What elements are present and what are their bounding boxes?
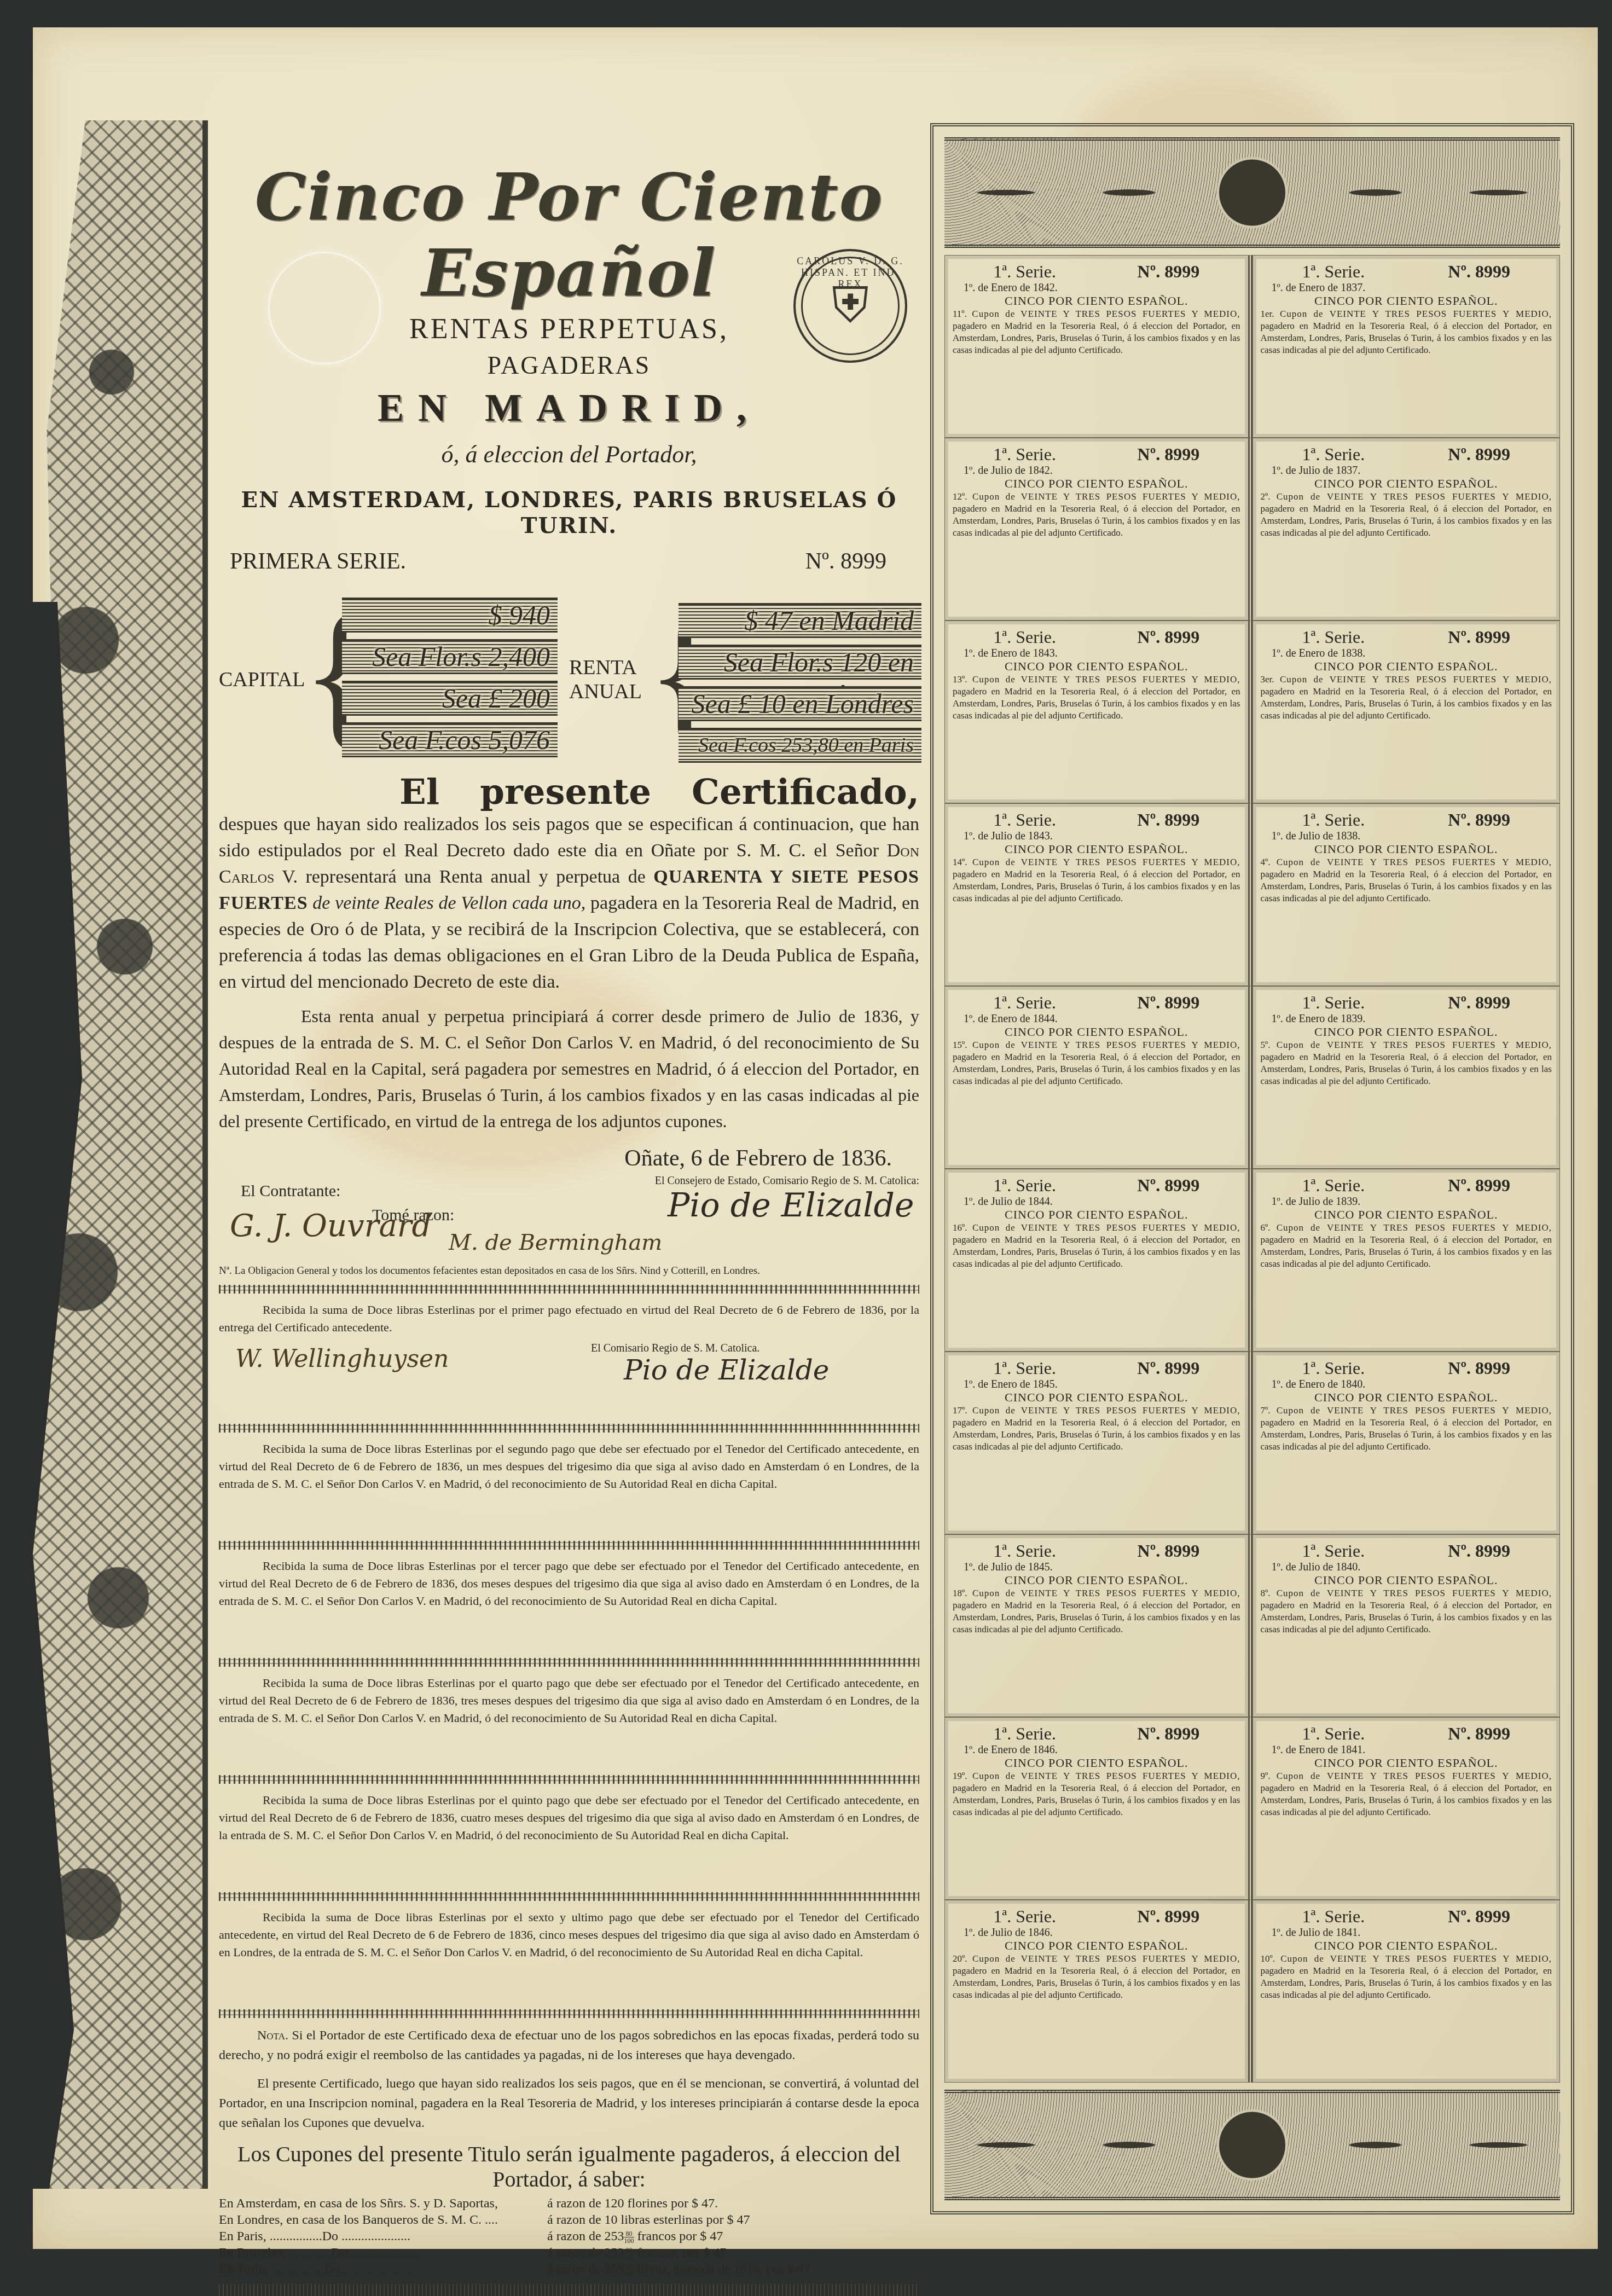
coupon-header: 1ª. Serie.Nº. 8999 (1261, 1540, 1552, 1561)
coupon-number: Nº. 8999 (1138, 992, 1200, 1013)
coupon-amount: Cupon de VEINTE Y TRES PESOS FUERTES Y M… (972, 309, 1240, 319)
coupon-amount: Cupon de VEINTE Y TRES PESOS FUERTES Y M… (972, 857, 1240, 867)
coupon-serie: 1ª. Serie. (993, 1540, 1056, 1561)
cupones-heading-line: Portador, á saber: (219, 2167, 919, 2192)
coupon-number: Nº. 8999 (1138, 1723, 1200, 1744)
para-text: representará una Renta anual y perpetua … (298, 867, 653, 887)
payment-places-list: En Amsterdam, en casa de los Sñrs. S. y … (219, 2195, 919, 2277)
coupon-3: 1ª. Serie.Nº. 89991º. de Julio de 1842.C… (944, 438, 1253, 621)
coupon-header: 1ª. Serie.Nº. 8999 (953, 992, 1240, 1013)
coupon-date: 1º. de Julio de 1840. (1261, 1561, 1552, 1573)
coupon-terms: pagadero en Madrid en la Tesoreria Real,… (953, 686, 1240, 721)
coupon-date: 1º. de Enero de 1839. (1261, 1013, 1552, 1025)
coupon-amount: Cupon de VEINTE Y TRES PESOS FUERTES Y M… (972, 674, 1240, 685)
receipt-fourth-payment: Recibida la suma de Doce libras Esterlin… (219, 1674, 919, 1767)
coupon-body: 9º. Cupon de VEINTE Y TRES PESOS FUERTES… (1261, 1770, 1552, 1818)
receipt-text: Recibida la suma de Doce libras Esterlin… (219, 1909, 919, 1961)
rate-fraction: 80100 (624, 2247, 634, 2260)
coupon-serie: 1ª. Serie. (1302, 1906, 1365, 1927)
coupon-amount: Cupon de VEINTE Y TRES PESOS FUERTES Y M… (1277, 1771, 1552, 1781)
coupon-body: 5º. Cupon de VEINTE Y TRES PESOS FUERTES… (1261, 1039, 1552, 1087)
coupon-grid: 1ª. Serie.Nº. 89991º. de Enero de 1842.C… (944, 255, 1560, 2083)
coupon-amount: Cupon de VEINTE Y TRES PESOS FUERTES Y M… (1280, 1953, 1552, 1964)
coupon-amount: Cupon de VEINTE Y TRES PESOS FUERTES Y M… (1277, 1222, 1552, 1233)
coupon-number: Nº. 8999 (1138, 1358, 1200, 1378)
coupon-ordinal: 9º. (1261, 1771, 1271, 1781)
coupon-header: 1ª. Serie.Nº. 8999 (953, 1906, 1240, 1927)
coupon-ordinal: 20º. (953, 1953, 967, 1964)
coupon-serie: 1ª. Serie. (1302, 1723, 1365, 1744)
coupon-body: 16º. Cupon de VEINTE Y TRES PESOS FUERTE… (953, 1222, 1240, 1270)
coupon-20: 1ª. Serie.Nº. 89991º. de Julio de 1841.C… (1253, 1900, 1561, 2083)
coupon-8: 1ª. Serie.Nº. 89991º. de Julio de 1838.C… (1253, 803, 1561, 986)
renta-value: $ 47 en Madrid (679, 603, 921, 638)
coupon-date: 1º. de Julio de 1845. (953, 1561, 1240, 1573)
serie-label: PRIMERA SERIE. (230, 548, 406, 575)
renta-value: Sea Flor.s 120 en Amst.m (679, 645, 921, 680)
coupon-title: CINCO POR CIENTO ESPAÑOL. (1261, 478, 1552, 490)
capital-value: Sea F.cos 5,076 (342, 722, 558, 757)
coupon-14: 1ª. Serie.Nº. 89991º. de Enero de 1840.C… (1253, 1352, 1561, 1534)
coupon-terms: pagadero en Madrid en la Tesoreria Real,… (953, 1600, 1240, 1634)
coupon-date: 1º. de Enero de 1841. (1261, 1744, 1552, 1756)
payment-place: En Turin, ................Do............… (219, 2261, 547, 2277)
coupon-body: 14º. Cupon de VEINTE Y TRES PESOS FUERTE… (953, 856, 1240, 905)
ornament-divider (219, 1424, 919, 1433)
coupon-ordinal: 17º. (953, 1405, 967, 1416)
coupon-amount: Cupon de VEINTE Y TRES PESOS FUERTES Y M… (1277, 857, 1552, 867)
coupon-amount: Cupon de VEINTE Y TRES PESOS FUERTES Y M… (972, 1771, 1240, 1781)
coupon-header: 1ª. Serie.Nº. 8999 (1261, 1906, 1552, 1927)
coupon-title: CINCO POR CIENTO ESPAÑOL. (953, 1391, 1240, 1404)
coupon-ordinal: 11º. (953, 309, 967, 319)
coupon-title: CINCO POR CIENTO ESPAÑOL. (953, 1026, 1240, 1038)
coupon-body: 12º. Cupon de VEINTE Y TRES PESOS FUERTE… (953, 491, 1240, 539)
coupon-header: 1ª. Serie.Nº. 8999 (1261, 261, 1552, 282)
rate-text: á razon de 253 (547, 2229, 624, 2243)
coupon-header: 1ª. Serie.Nº. 8999 (953, 627, 1240, 647)
coupon-serie: 1ª. Serie. (1302, 1540, 1365, 1561)
cities-line: EN AMSTERDAM, LONDRES, PARIS BRUSELAS Ó … (219, 487, 919, 538)
signature-comisario-2: Pio de Elizalde (624, 1361, 829, 1379)
coupon-ordinal: 4º. (1261, 857, 1271, 867)
capital-value: Sea £ 200 (342, 681, 558, 716)
coupon-date: 1º. de Enero de 1845. (953, 1378, 1240, 1390)
coupon-serie: 1ª. Serie. (1302, 992, 1365, 1013)
nota-section: Nota. Si el Portador de este Certificado… (219, 2026, 919, 2133)
coupon-amount: Cupon de VEINTE Y TRES PESOS FUERTES Y M… (1277, 1588, 1552, 1598)
rate-text: libras, moneda de 1816, por $ 47. (634, 2262, 814, 2276)
payment-place-row: En Paris, ................Do ...........… (219, 2228, 919, 2245)
coupon-number: Nº. 8999 (1138, 1906, 1200, 1927)
top-scroll-ornament-icon (944, 137, 1560, 248)
receipt-second-payment: Recibida la suma de Doce libras Esterlin… (219, 1440, 919, 1533)
coupon-amount: Cupon de VEINTE Y TRES PESOS FUERTES Y M… (1280, 674, 1552, 685)
coupon-title: CINCO POR CIENTO ESPAÑOL. (1261, 1757, 1552, 1769)
coupon-title: CINCO POR CIENTO ESPAÑOL. (1261, 1391, 1552, 1404)
coupon-ordinal: 16º. (953, 1222, 967, 1233)
coupon-ordinal: 7º. (1261, 1405, 1271, 1416)
coupon-serie: 1ª. Serie. (1302, 261, 1365, 282)
capital-value: $ 940 (342, 598, 558, 633)
coupon-date: 1º. de Julio de 1842. (953, 465, 1240, 477)
nota-label: Nota. (257, 2028, 288, 2043)
coupon-header: 1ª. Serie.Nº. 8999 (1261, 627, 1552, 647)
coupon-6: 1ª. Serie.Nº. 89991º. de Enero de 1838.C… (1253, 621, 1561, 803)
coupon-5: 1ª. Serie.Nº. 89991º. de Enero de 1843.C… (944, 621, 1253, 803)
receipt-text: Recibida la suma de Doce libras Esterlin… (219, 1440, 919, 1493)
bottom-scroll-ornament-icon (944, 2090, 1560, 2200)
coupon-header: 1ª. Serie.Nº. 8999 (1261, 992, 1552, 1013)
coupon-amount: Cupon de VEINTE Y TRES PESOS FUERTES Y M… (972, 1040, 1240, 1050)
coupon-13: 1ª. Serie.Nº. 89991º. de Enero de 1845.C… (944, 1352, 1253, 1534)
ornament-divider (219, 1541, 919, 1550)
conversion-text: El presente Certificado, luego que hayan… (219, 2074, 919, 2133)
coupon-number: Nº. 8999 (1138, 444, 1200, 465)
coupon-terms: pagadero en Madrid en la Tesoreria Real,… (1261, 686, 1552, 721)
coupon-4: 1ª. Serie.Nº. 89991º. de Julio de 1837.C… (1253, 438, 1561, 621)
coupon-date: 1º. de Enero de 1837. (1261, 282, 1552, 294)
cupones-heading: Los Cupones del presente Titulo serán ig… (219, 2142, 919, 2192)
serie-row: PRIMERA SERIE. Nº. 8999 (219, 548, 919, 575)
coupon-date: 1º. de Julio de 1844. (953, 1196, 1240, 1208)
coupon-terms: pagadero en Madrid en la Tesoreria Real,… (1261, 1052, 1552, 1086)
coupon-ordinal: 15º. (953, 1040, 967, 1050)
coupon-ordinal: 13º. (953, 674, 967, 685)
coupon-11: 1ª. Serie.Nº. 89991º. de Julio de 1844.C… (944, 1169, 1253, 1352)
coupon-terms: pagadero en Madrid en la Tesoreria Real,… (1261, 503, 1552, 538)
coupon-title: CINCO POR CIENTO ESPAÑOL. (1261, 1209, 1552, 1221)
coupon-number: Nº. 8999 (1448, 1723, 1510, 1744)
signature-area: G. J. Ouvrard M. de Bermingham Pio de El… (219, 1225, 919, 1268)
main-paragraph: El presente Certificado, despues que hay… (219, 779, 919, 995)
coupon-serie: 1ª. Serie. (993, 1723, 1056, 1744)
ornament-divider (219, 1285, 919, 1294)
coupon-body: 13º. Cupon de VEINTE Y TRES PESOS FUERTE… (953, 674, 1240, 722)
payment-rate: á razon de 25380100 francos, por $ 47 (547, 2245, 726, 2261)
rate-fraction: 80100 (624, 2263, 634, 2277)
coupon-ordinal: 5º. (1261, 1040, 1271, 1050)
para-italic: de veinte Reales de Vellon cada uno, (308, 893, 586, 913)
coupon-amount: Cupon de VEINTE Y TRES PESOS FUERTES Y M… (972, 491, 1240, 502)
receipt-sixth-payment: Recibida la suma de Doce libras Esterlin… (219, 1909, 919, 2002)
payment-place-row: En Bruselas, .............Do............… (219, 2245, 919, 2261)
coupon-title: CINCO POR CIENTO ESPAÑOL. (953, 1757, 1240, 1769)
second-paragraph: Esta renta anual y perpetua principiará … (219, 1003, 919, 1134)
coupon-terms: pagadero en Madrid en la Tesoreria Real,… (953, 869, 1240, 903)
coupon-header: 1ª. Serie.Nº. 8999 (953, 444, 1240, 465)
coupon-header: 1ª. Serie.Nº. 8999 (953, 809, 1240, 830)
receipt-fifth-payment: Recibida la suma de Doce libras Esterlin… (219, 1791, 919, 1885)
coupon-16: 1ª. Serie.Nº. 89991º. de Julio de 1840.C… (1253, 1534, 1561, 1717)
coupon-title: CINCO POR CIENTO ESPAÑOL. (1261, 660, 1552, 672)
coupon-19: 1ª. Serie.Nº. 89991º. de Julio de 1846.C… (944, 1900, 1253, 2083)
coupon-amount: Cupon de VEINTE Y TRES PESOS FUERTES Y M… (1280, 309, 1552, 319)
coupon-terms: pagadero en Madrid en la Tesoreria Real,… (953, 503, 1240, 538)
coupon-terms: pagadero en Madrid en la Tesoreria Real,… (953, 1965, 1240, 2000)
coupon-body: 15º. Cupon de VEINTE Y TRES PESOS FUERTE… (953, 1039, 1240, 1087)
signature-tome-razon: M. de Bermingham (449, 1230, 662, 1255)
renta-value: Sea £ 10 en Londres (679, 686, 921, 721)
rate-text: á razon de 253 (547, 2262, 624, 2276)
coupon-terms: pagadero en Madrid en la Tesoreria Real,… (1261, 869, 1552, 903)
coupon-12: 1ª. Serie.Nº. 89991º. de Julio de 1839.C… (1253, 1169, 1561, 1352)
coupon-7: 1ª. Serie.Nº. 89991º. de Julio de 1843.C… (944, 803, 1253, 986)
coupon-number: Nº. 8999 (1448, 627, 1510, 647)
coupon-header: 1ª. Serie.Nº. 8999 (1261, 1175, 1552, 1196)
coupon-serie: 1ª. Serie. (993, 261, 1056, 282)
seal-legend: CAROLUS V. D. G. HISPAN. ET IND. REX (796, 256, 905, 290)
coupon-header: 1ª. Serie.Nº. 8999 (1261, 1358, 1552, 1378)
coupon-serie: 1ª. Serie. (993, 1358, 1056, 1378)
receipt-text: Recibida la suma de Doce libras Esterlin… (219, 1301, 919, 1336)
capital-value: Sea Flor.s 2,400 (342, 639, 558, 674)
coupon-terms: pagadero en Madrid en la Tesoreria Real,… (953, 1417, 1240, 1452)
coupon-date: 1º. de Julio de 1837. (1261, 465, 1552, 477)
royal-seal-icon: CAROLUS V. D. G. HISPAN. ET IND. REX ⛨ (793, 249, 907, 363)
coupon-amount: Cupon de VEINTE Y TRES PESOS FUERTES Y M… (972, 1222, 1240, 1233)
coupon-date: 1º. de Julio de 1846. (953, 1927, 1240, 1939)
coupon-ordinal: 19º. (953, 1771, 967, 1781)
payment-place-row: En Londres, en casa de los Banqueros de … (219, 2212, 919, 2228)
coupon-title: CINCO POR CIENTO ESPAÑOL. (1261, 1940, 1552, 1952)
coupon-serie: 1ª. Serie. (1302, 809, 1365, 830)
rate-fraction: 80100 (624, 2230, 634, 2244)
anual-label: ANUAL (569, 680, 642, 704)
coupon-title: CINCO POR CIENTO ESPAÑOL. (1261, 295, 1552, 307)
coupon-title: CINCO POR CIENTO ESPAÑOL. (1261, 1026, 1552, 1038)
coupon-amount: Cupon de VEINTE Y TRES PESOS FUERTES Y M… (972, 1405, 1240, 1416)
coupon-date: 1º. de Enero de 1838. (1261, 647, 1552, 659)
signature-receipt: W. Wellinghuysen (235, 1350, 449, 1368)
coupon-ordinal: 10º. (1261, 1953, 1275, 1964)
coupon-serie: 1ª. Serie. (1302, 1175, 1365, 1196)
coupon-date: 1º. de Julio de 1838. (1261, 830, 1552, 842)
coupon-amount: Cupon de VEINTE Y TRES PESOS FUERTES Y M… (1277, 1040, 1552, 1050)
coupon-serie: 1ª. Serie. (1302, 627, 1365, 647)
coupon-sheet: 1ª. Serie.Nº. 89991º. de Enero de 1842.C… (930, 123, 1574, 2214)
coupon-number: Nº. 8999 (1138, 1540, 1200, 1561)
coupon-body: 4º. Cupon de VEINTE Y TRES PESOS FUERTES… (1261, 856, 1552, 905)
payment-rate: á razon de 120 florines por $ 47. (547, 2195, 718, 2212)
rate-text: á razon de 253 (547, 2246, 624, 2260)
amounts-block: CAPITAL { $ 940 Sea Flor.s 2,400 Sea £ 2… (219, 591, 919, 766)
rate-text: á razon de 10 libras esterlinas por $ 47 (547, 2213, 750, 2227)
coupon-body: 11º. Cupon de VEINTE Y TRES PESOS FUERTE… (953, 308, 1240, 356)
capital-label: CAPITAL (219, 668, 305, 692)
ornament-divider (219, 1658, 919, 1667)
coupon-date: 1º. de Enero de 1843. (953, 647, 1240, 659)
coupon-body: 20º. Cupon de VEINTE Y TRES PESOS FUERTE… (953, 1953, 1240, 2001)
coupon-header: 1ª. Serie.Nº. 8999 (953, 261, 1240, 282)
coupon-body: 19º. Cupon de VEINTE Y TRES PESOS FUERTE… (953, 1770, 1240, 1818)
coupon-title: CINCO POR CIENTO ESPAÑOL. (953, 1940, 1240, 1952)
coupon-10: 1ª. Serie.Nº. 89991º. de Enero de 1839.C… (1253, 986, 1561, 1169)
coupon-body: 1er. Cupon de VEINTE Y TRES PESOS FUERTE… (1261, 308, 1552, 356)
coupon-serie: 1ª. Serie. (993, 444, 1056, 465)
payment-rate: á razon de 25380100 libras, moneda de 18… (547, 2261, 814, 2277)
coupon-number: Nº. 8999 (1448, 1358, 1510, 1378)
coupon-ordinal: 12º. (953, 491, 967, 502)
ornament-divider (219, 1775, 919, 1784)
coupon-number: Nº. 8999 (1448, 1175, 1510, 1196)
coupon-date: 1º. de Enero de 1846. (953, 1744, 1240, 1756)
coupon-body: 18º. Cupon de VEINTE Y TRES PESOS FUERTE… (953, 1587, 1240, 1636)
coupon-ordinal: 14º. (953, 857, 967, 867)
coupon-body: 7º. Cupon de VEINTE Y TRES PESOS FUERTES… (1261, 1405, 1552, 1453)
coupon-serie: 1ª. Serie. (993, 809, 1056, 830)
coupon-number: Nº. 8999 (1448, 809, 1510, 830)
coupon-9: 1ª. Serie.Nº. 89991º. de Enero de 1844.C… (944, 986, 1253, 1169)
coupon-amount: Cupon de VEINTE Y TRES PESOS FUERTES Y M… (1277, 1405, 1552, 1416)
coupon-body: 17º. Cupon de VEINTE Y TRES PESOS FUERTE… (953, 1405, 1240, 1453)
coupon-number: Nº. 8999 (1448, 1540, 1510, 1561)
coupon-date: 1º. de Enero de 1840. (1261, 1378, 1552, 1390)
payment-place: En Amsterdam, en casa de los Sñrs. S. y … (219, 2195, 547, 2212)
coupon-amount: Cupon de VEINTE Y TRES PESOS FUERTES Y M… (1277, 491, 1552, 502)
payment-rate: á razon de 25380100 francos por $ 47 (547, 2228, 723, 2245)
payment-rate: á razon de 10 libras esterlinas por $ 47 (547, 2212, 750, 2228)
coupon-ordinal: 8º. (1261, 1588, 1271, 1598)
payment-place-row: En Turin, ................Do............… (219, 2261, 919, 2277)
coupon-title: CINCO POR CIENTO ESPAÑOL. (953, 660, 1240, 672)
para-text: despues que hayan sido realizados los se… (219, 814, 919, 861)
rate-text: francos por $ 47 (634, 2229, 723, 2243)
coupon-number: Nº. 8999 (1448, 261, 1510, 282)
coupon-header: 1ª. Serie.Nº. 8999 (953, 1175, 1240, 1196)
coupon-header: 1ª. Serie.Nº. 8999 (953, 1723, 1240, 1744)
coupon-date: 1º. de Julio de 1839. (1261, 1196, 1552, 1208)
coupon-15: 1ª. Serie.Nº. 89991º. de Julio de 1845.C… (944, 1534, 1253, 1717)
coupon-number: Nº. 8999 (1138, 809, 1200, 830)
coupon-terms: pagadero en Madrid en la Tesoreria Real,… (1261, 1965, 1552, 2000)
coupon-title: CINCO POR CIENTO ESPAÑOL. (953, 1574, 1240, 1586)
receipt-text: Recibida la suma de Doce libras Esterlin… (219, 1674, 919, 1727)
cupones-heading-line: Los Cupones del presente Titulo serán ig… (219, 2142, 919, 2167)
coupon-date: 1º. de Enero de 1844. (953, 1013, 1240, 1025)
rate-text: francos, por $ 47 (634, 2246, 727, 2260)
coupon-terms: pagadero en Madrid en la Tesoreria Real,… (1261, 1783, 1552, 1817)
coupon-header: 1ª. Serie.Nº. 8999 (1261, 444, 1552, 465)
coupon-date: 1º. de Julio de 1841. (1261, 1927, 1552, 1939)
coupon-body: 3er. Cupon de VEINTE Y TRES PESOS FUERTE… (1261, 674, 1552, 722)
payment-place: En Bruselas, .............Do............… (219, 2245, 547, 2261)
signature-contratante: G. J. Ouvrard (230, 1208, 431, 1244)
coupon-ordinal: 2º. (1261, 491, 1271, 502)
subtitle-en-madrid: EN MADRID, (219, 385, 919, 431)
coupon-serie: 1ª. Serie. (1302, 1358, 1365, 1378)
coupon-header: 1ª. Serie.Nº. 8999 (953, 1540, 1240, 1561)
coupon-title: CINCO POR CIENTO ESPAÑOL. (953, 295, 1240, 307)
coupon-ordinal: 1er. (1261, 309, 1274, 319)
coupon-terms: pagadero en Madrid en la Tesoreria Real,… (1261, 1600, 1552, 1634)
coupon-body: 2º. Cupon de VEINTE Y TRES PESOS FUERTES… (1261, 491, 1552, 539)
certificate-main: CAROLUS V. D. G. HISPAN. ET IND. REX ⛨ C… (219, 153, 919, 2277)
coupon-number: Nº. 8999 (1138, 627, 1200, 647)
coupon-terms: pagadero en Madrid en la Tesoreria Real,… (953, 1783, 1240, 1817)
renta-label: RENTA (569, 656, 637, 680)
ornament-divider (219, 2009, 919, 2018)
payment-place: En Paris, ................Do ...........… (219, 2228, 547, 2245)
coupon-number: Nº. 8999 (1138, 1175, 1200, 1196)
receipt-first-payment: Recibida la suma de Doce libras Esterlin… (219, 1301, 919, 1416)
coupon-ordinal: 6º. (1261, 1222, 1271, 1233)
coupon-serie: 1ª. Serie. (993, 1906, 1056, 1927)
coupon-body: 8º. Cupon de VEINTE Y TRES PESOS FUERTES… (1261, 1587, 1552, 1636)
coupon-serie: 1ª. Serie. (1302, 444, 1365, 465)
coupon-18: 1ª. Serie.Nº. 89991º. de Enero de 1841.C… (1253, 1717, 1561, 1900)
signature-comisario: Pio de Elizalde (668, 1186, 914, 1225)
certificate-number: Nº. 8999 (805, 548, 886, 575)
coupon-serie: 1ª. Serie. (993, 627, 1056, 647)
receipt-text: Recibida la suma de Doce libras Esterlin… (219, 1557, 919, 1610)
coupon-2: 1ª. Serie.Nº. 89991º. de Enero de 1837.C… (1253, 255, 1561, 438)
subtitle-eleccion: ó, á eleccion del Portador, (219, 440, 919, 468)
coupon-date: 1º. de Julio de 1843. (953, 830, 1240, 842)
coupon-ordinal: 18º. (953, 1588, 967, 1598)
coupon-terms: pagadero en Madrid en la Tesoreria Real,… (1261, 1234, 1552, 1269)
rate-text: á razon de 120 florines por $ 47. (547, 2196, 718, 2211)
coupon-number: Nº. 8999 (1138, 261, 1200, 282)
coupon-body: 10º. Cupon de VEINTE Y TRES PESOS FUERTE… (1261, 1953, 1552, 2001)
coupon-title: CINCO POR CIENTO ESPAÑOL. (1261, 843, 1552, 855)
coupon-terms: pagadero en Madrid en la Tesoreria Real,… (953, 1234, 1240, 1269)
coupon-header: 1ª. Serie.Nº. 8999 (1261, 809, 1552, 830)
coupon-title: CINCO POR CIENTO ESPAÑOL. (953, 1209, 1240, 1221)
coupon-title: CINCO POR CIENTO ESPAÑOL. (953, 843, 1240, 855)
coupon-serie: 1ª. Serie. (993, 992, 1056, 1013)
coupon-header: 1ª. Serie.Nº. 8999 (1261, 1723, 1552, 1744)
issue-date: Oñate, 6 de Febrero de 1836. (219, 1145, 919, 1172)
coupon-title: CINCO POR CIENTO ESPAÑOL. (1261, 1574, 1552, 1586)
renta-value: Sea F.cos 253,80 en Paris (679, 728, 921, 763)
certificado-heading: El presente Certificado, (219, 772, 919, 813)
coupon-ordinal: 3er. (1261, 674, 1274, 685)
coupon-1: 1ª. Serie.Nº. 89991º. de Enero de 1842.C… (944, 255, 1253, 438)
coupon-terms: pagadero en Madrid en la Tesoreria Real,… (953, 1052, 1240, 1086)
coupon-terms: pagadero en Madrid en la Tesoreria Real,… (953, 321, 1240, 355)
ornament-divider (219, 1892, 919, 1901)
coupon-amount: Cupon de VEINTE Y TRES PESOS FUERTES Y M… (972, 1953, 1240, 1964)
payment-place-row: En Amsterdam, en casa de los Sñrs. S. y … (219, 2195, 919, 2212)
coupon-number: Nº. 8999 (1448, 992, 1510, 1013)
embossed-seal-icon (268, 252, 381, 364)
coupon-serie: 1ª. Serie. (993, 1175, 1056, 1196)
payment-place: En Londres, en casa de los Banqueros de … (219, 2212, 547, 2228)
coupon-title: CINCO POR CIENTO ESPAÑOL. (953, 478, 1240, 490)
nota-text: Si el Portador de este Certificado dexa … (219, 2028, 919, 2062)
coupon-17: 1ª. Serie.Nº. 89991º. de Enero de 1846.C… (944, 1717, 1253, 1900)
coupon-amount: Cupon de VEINTE Y TRES PESOS FUERTES Y M… (972, 1588, 1240, 1598)
coupon-number: Nº. 8999 (1448, 444, 1510, 465)
receipt-text: Recibida la suma de Doce libras Esterlin… (219, 1791, 919, 1844)
coupon-terms: pagadero en Madrid en la Tesoreria Real,… (1261, 321, 1552, 355)
coupon-date: 1º. de Enero de 1842. (953, 282, 1240, 294)
coupon-terms: pagadero en Madrid en la Tesoreria Real,… (1261, 1417, 1552, 1452)
coupon-body: 6º. Cupon de VEINTE Y TRES PESOS FUERTES… (1261, 1222, 1552, 1270)
coupon-number: Nº. 8999 (1448, 1906, 1510, 1927)
receipt-third-payment: Recibida la suma de Doce libras Esterlin… (219, 1557, 919, 1650)
coupon-header: 1ª. Serie.Nº. 8999 (953, 1358, 1240, 1378)
